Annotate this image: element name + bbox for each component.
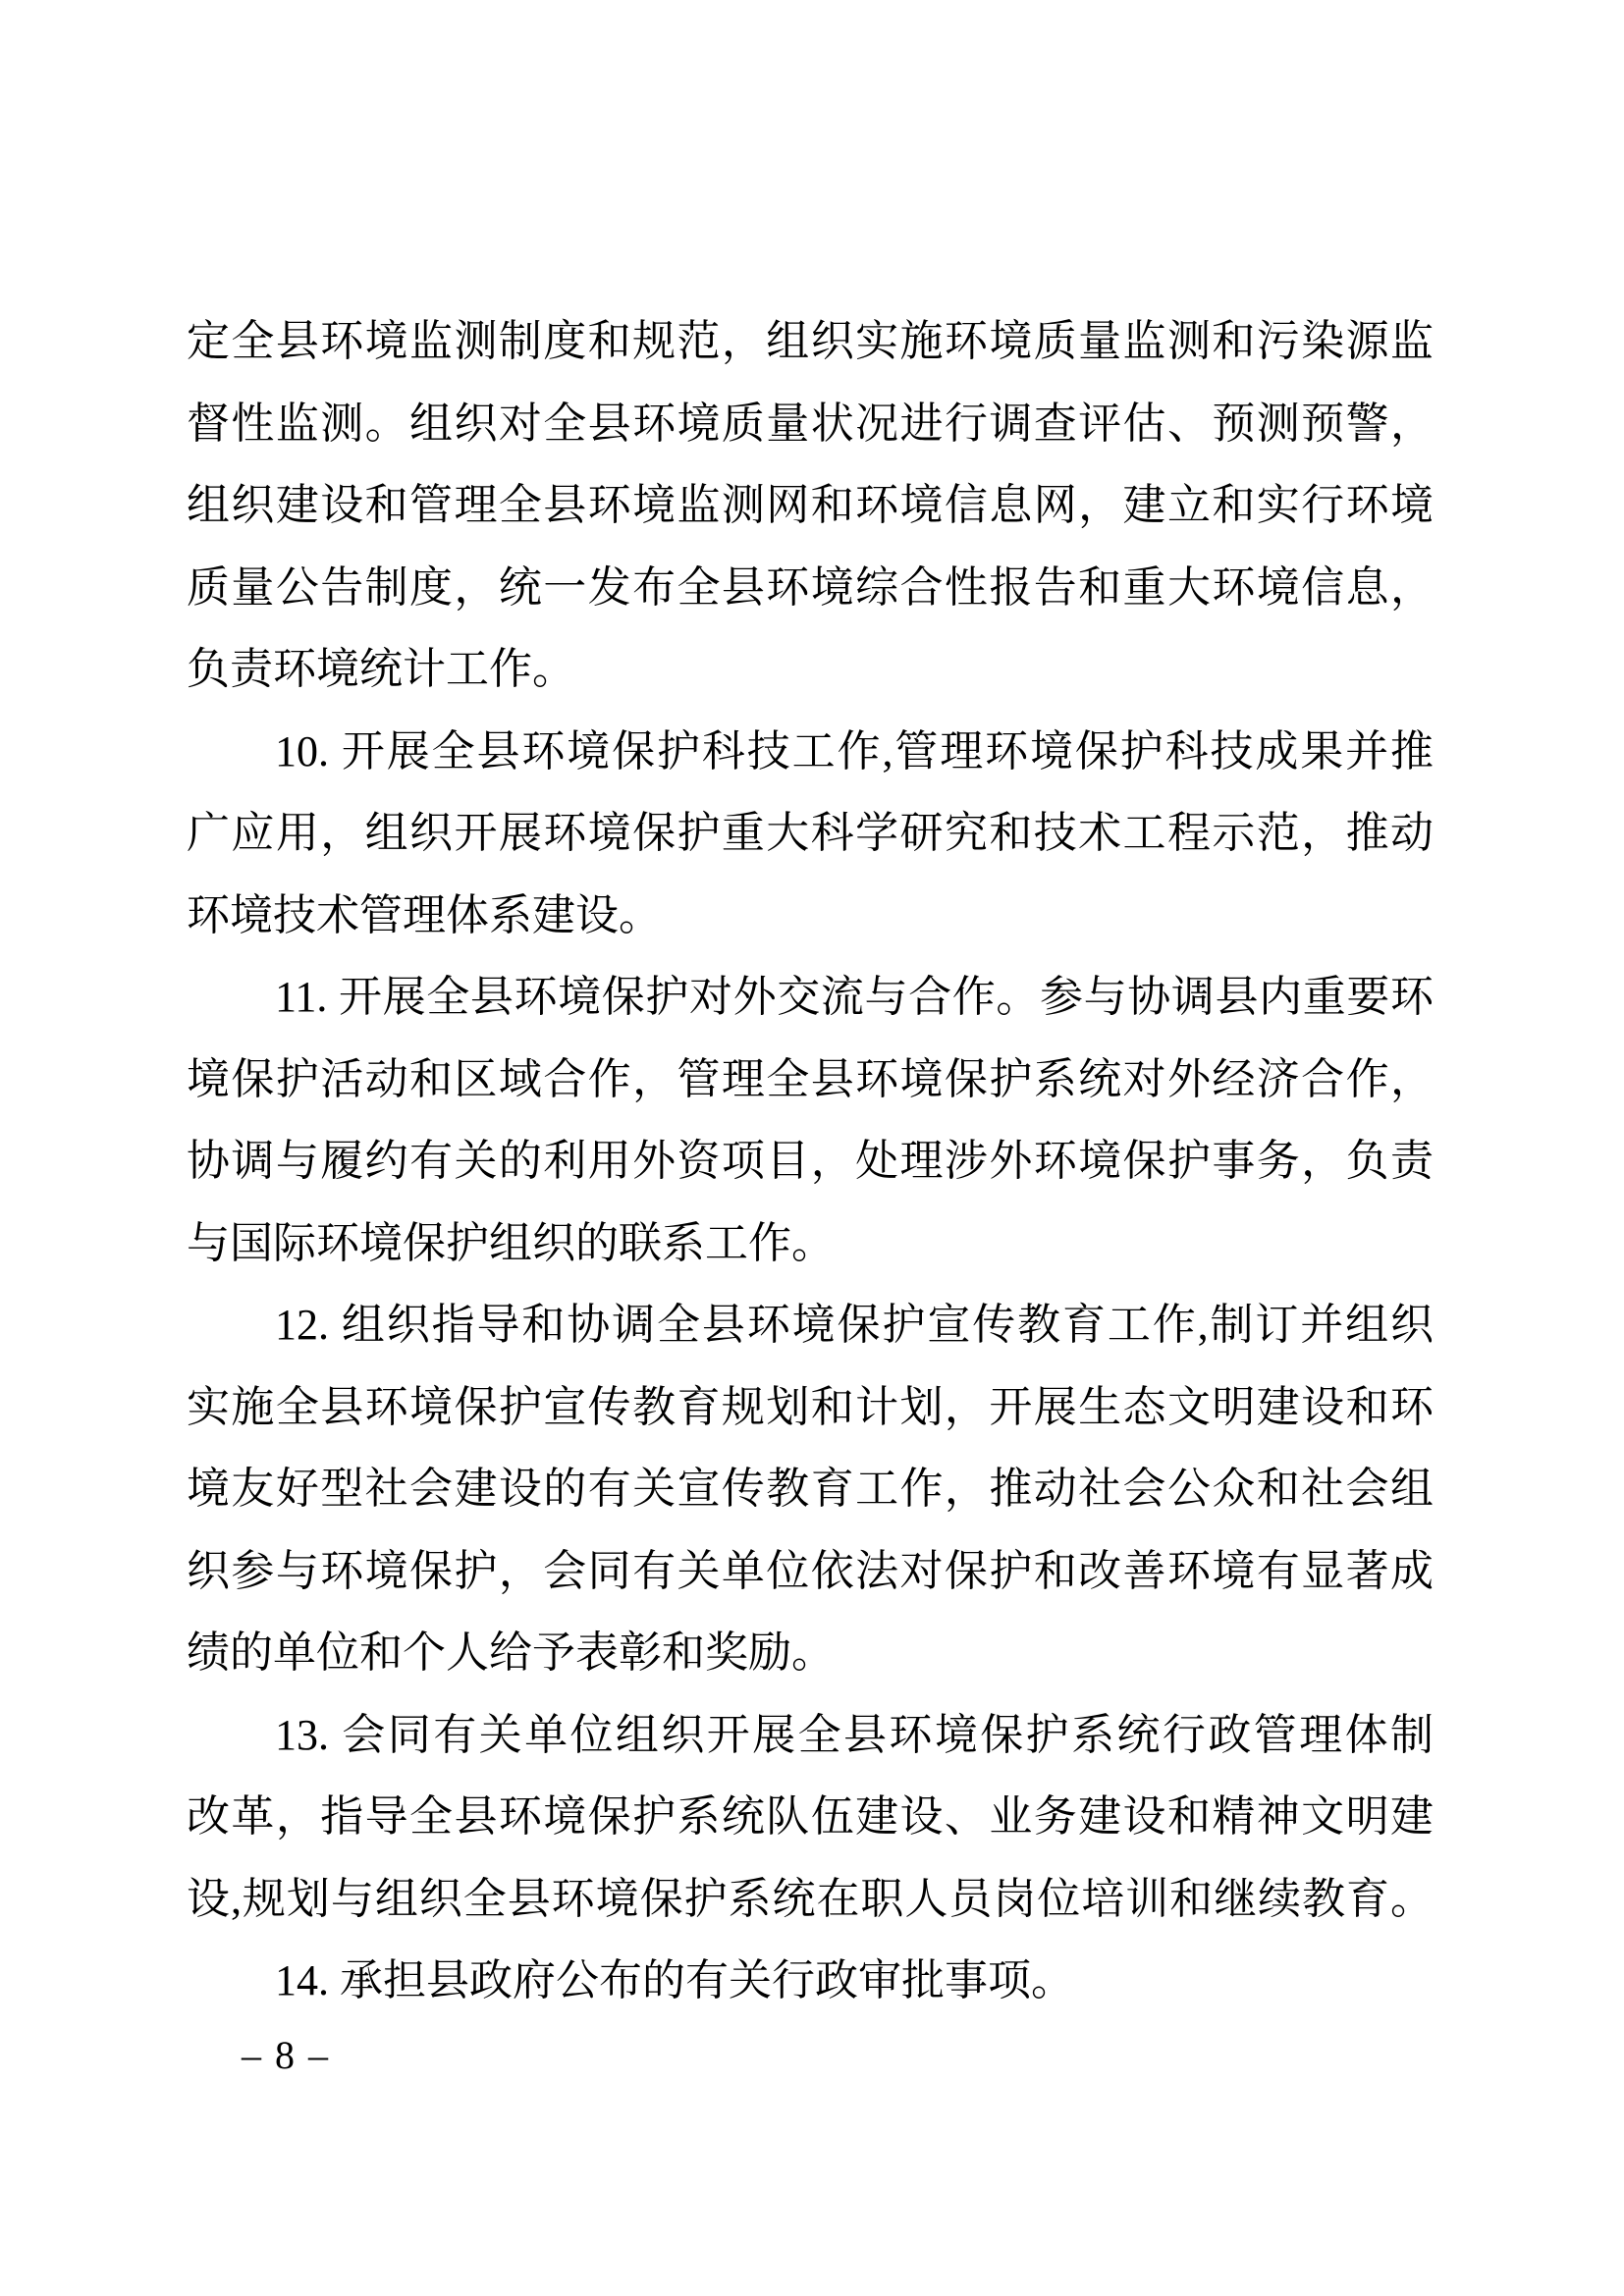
text-line: 质量公告制度，统一发布全县环境综合性报告和重大环境信息， [187, 547, 1434, 629]
text-line-item-14: 14. 承担县政府公布的有关行政审批事项。 [187, 1940, 1434, 2022]
document-body: 定全县环境监测制度和规范，组织实施环境质量监测和污染源监 督性监测。组织对全县环… [187, 300, 1434, 2022]
text-line: 协调与履约有关的利用外资项目，处理涉外环境保护事务，负责 [187, 1120, 1434, 1202]
text-line-item-12: 12. 组织指导和协调全县环境保护宣传教育工作,制订并组织 [187, 1284, 1434, 1366]
text-line-item-11: 11. 开展全县环境保护对外交流与合作。参与协调县内重要环 [187, 956, 1434, 1039]
text-line: 织参与环境保护，会同有关单位依法对保护和改善环境有显著成 [187, 1530, 1434, 1613]
text-line: 绩的单位和个人给予表彰和奖励。 [187, 1612, 1434, 1694]
text-line: 改革，指导全县环境保护系统队伍建设、业务建设和精神文明建 [187, 1776, 1434, 1858]
text-line: 负责环境统计工作。 [187, 628, 1434, 711]
page-number: – 8 – [242, 2032, 330, 2079]
text-line: 广应用，组织开展环境保护重大科学研究和技术工程示范，推动 [187, 792, 1434, 875]
text-line: 定全县环境监测制度和规范，组织实施环境质量监测和污染源监 [187, 300, 1434, 383]
text-line: 与国际环境保护组织的联系工作。 [187, 1202, 1434, 1285]
text-line: 设,规划与组织全县环境保护系统在职人员岗位培训和继续教育。 [187, 1858, 1434, 1941]
text-line: 环境技术管理体系建设。 [187, 875, 1434, 957]
text-line: 组织建设和管理全县环境监测网和环境信息网，建立和实行环境 [187, 464, 1434, 547]
text-line: 实施全县环境保护宣传教育规划和计划，开展生态文明建设和环 [187, 1366, 1434, 1449]
document-page: 定全县环境监测制度和规范，组织实施环境质量监测和污染源监 督性监测。组织对全县环… [0, 0, 1624, 2296]
text-line-item-13: 13. 会同有关单位组织开展全县环境保护系统行政管理体制 [187, 1694, 1434, 1777]
text-line: 境友好型社会建设的有关宣传教育工作，推动社会公众和社会组 [187, 1448, 1434, 1530]
text-line-item-10: 10. 开展全县环境保护科技工作,管理环境保护科技成果并推 [187, 711, 1434, 793]
text-line: 境保护活动和区域合作，管理全县环境保护系统对外经济合作， [187, 1039, 1434, 1121]
text-line: 督性监测。组织对全县环境质量状况进行调查评估、预测预警， [187, 383, 1434, 465]
